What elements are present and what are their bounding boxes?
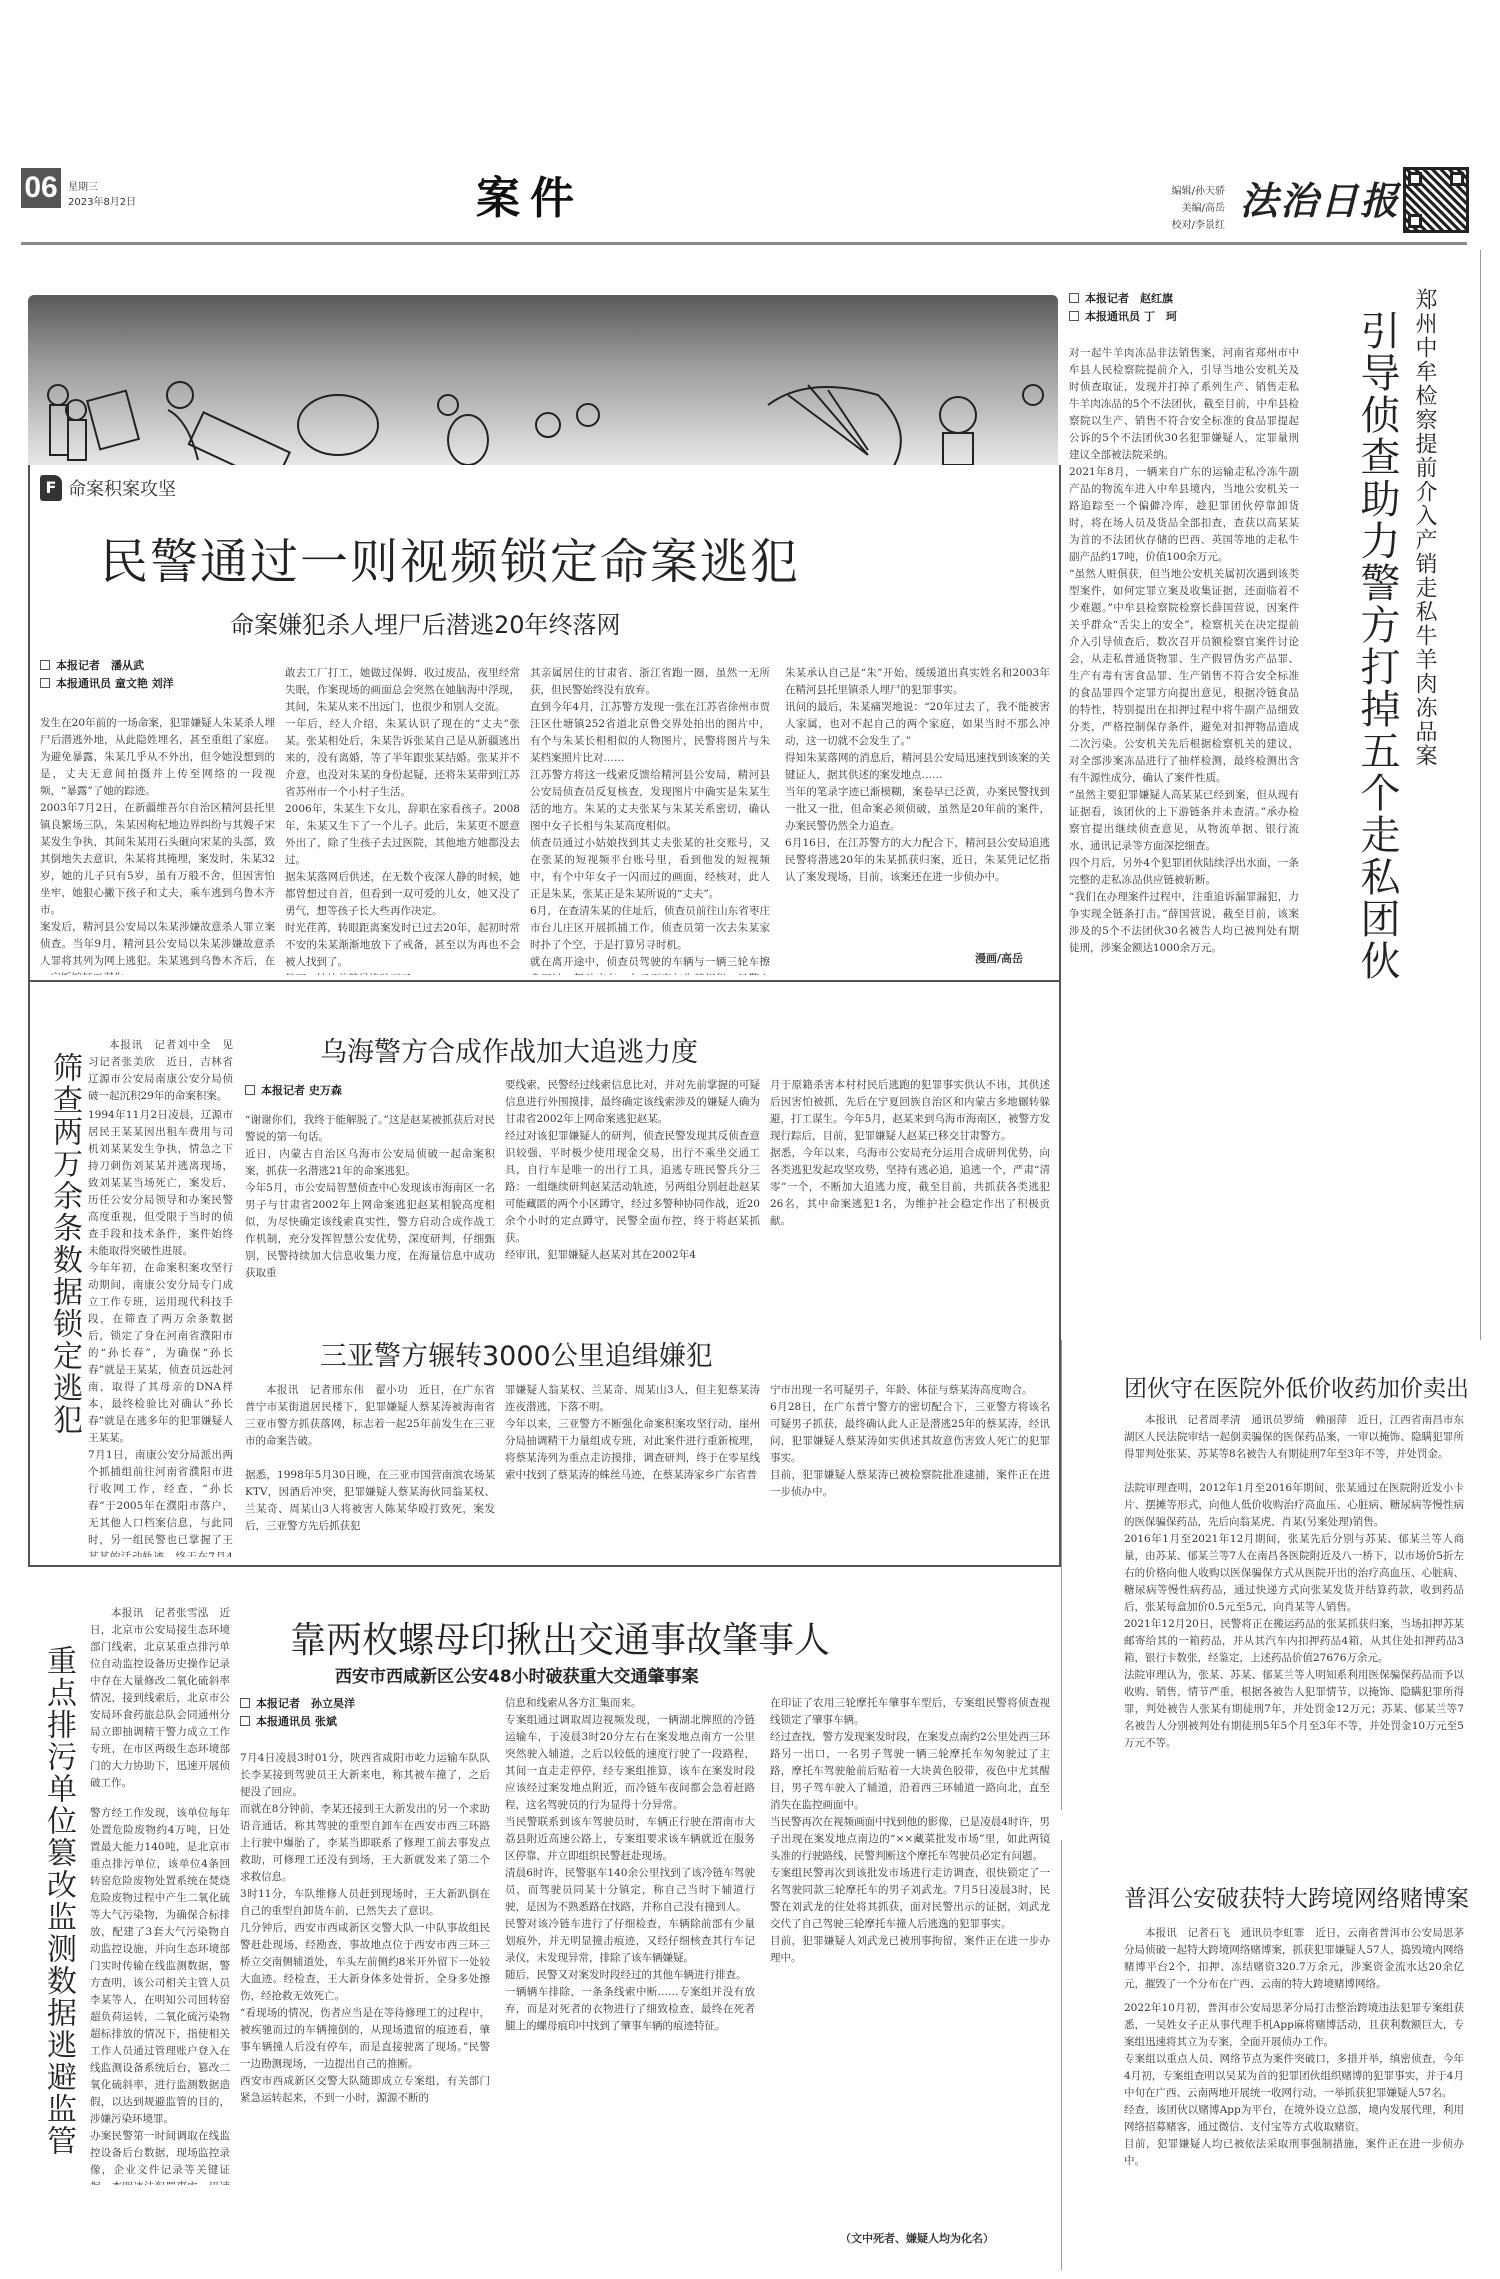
masthead-logo: 法治日报: [1240, 170, 1400, 225]
side-story-1-dateline: 本报讯 记者刘中全 见习记者张美欣 近日，吉林省辽源市公安局南康公安分局侦破一起…: [88, 1037, 233, 1105]
feature-column-2: 敢去工厂打工，她做过保姆、收过废品，夜里经常失眠，作案现场的画面总会突然在她脑海…: [285, 665, 520, 975]
xian-story: 靠两枚螺母印揪出交通事故肇事人 西安市西咸新区公安48小时破获重大交通肇事案 本…: [240, 1600, 1060, 2270]
xian-headline: 靠两枚螺母印揪出交通事故肇事人: [290, 1612, 830, 1663]
sanya-dateline: 本报讯 记者邢东伟 翟小功 近日，在广东省普宁市某街道居民楼下，犯罪嫌疑人蔡某涛…: [245, 1382, 495, 1450]
side-story-1-title: 筛查两万余条数据锁定逃犯: [42, 1052, 86, 1572]
right-story-2-dateline: 本报讯 记者周孝清 通讯员罗绮 赖丽萍 近日，江西省南昌市东湖区人民法院审结一起…: [1124, 1412, 1464, 1463]
bottom-side-story-title: 重点排污单位篡改监测数据逃避监管: [36, 1645, 80, 2245]
sanya-headline: 三亚警方辗转3000公里追缉嫌犯: [320, 1334, 713, 1373]
editor-credits: 编辑/孙天骄 美编/高岳 校对/李景红: [1155, 183, 1225, 234]
byline-correspondent: 本报通讯员 丁 珂: [1069, 308, 1177, 326]
right-story-2: 团伙守在医院外低价收药加价卖出 本报讯 记者周孝清 通讯员罗绮 赖丽萍 近日，江…: [1061, 1340, 1481, 1810]
sanya-column-3: 宁市出现一名可疑男子，年龄、体征与蔡某涛高度吻合。 6月28日，在广东普宁警方的…: [770, 1382, 1050, 1557]
header-rule: [21, 242, 1467, 245]
xian-subheadline: 西安市西咸新区公安48小时破获重大交通肇事案: [335, 1662, 699, 1687]
right-story-1-kicker: 郑州中牟检察提前介入产销走私牛羊肉冻品案: [1409, 288, 1440, 988]
feature-subheadline: 命案嫌犯杀人埋尸后潜逃20年终落网: [230, 605, 621, 640]
right-story-3-dateline: 本报讯 记者石飞 通讯员李虹霏 近日，云南省普洱市公安局思茅分局侦破一起特大跨境…: [1124, 1925, 1464, 1993]
page-number-badge: 06: [21, 168, 61, 208]
byline-correspondent: 本报通讯员 童文艳 刘洋: [40, 675, 174, 693]
wuhai-column-1: “谢谢你们，我终于能解脱了。”这是赵某被抓获后对民警说的第一句话。 近日，内蒙古…: [245, 1112, 495, 1317]
credit-editor: 编辑/孙天骄: [1155, 183, 1225, 200]
wuhai-column-3: 月于原籍杀害本村村民后逃跑的犯罪事实供认不讳，其供述后因害怕被抓，先后在宁夏回族…: [770, 1077, 1050, 1317]
xian-column-3: 在印证了农用三轮摩托车肇事车型后，专案组民警将侦查视线锁定了肇事车辆。 经过查找…: [770, 1695, 1050, 2225]
page-header: 06 星期三 2023年8月2日 案件 编辑/孙天骄 美编/高岳 校对/李景红 …: [0, 0, 1500, 210]
feature-bylines: 本报记者 潘从武 本报通讯员 童文艳 刘洋: [40, 657, 174, 693]
byline-reporter: 本报记者 潘从武: [40, 657, 174, 675]
column-tag-icon: F: [40, 475, 62, 501]
feature-headline: 民警通过一则视频锁定命案逃犯: [100, 523, 800, 592]
wuhai-column-2: 要线索，民警经过线索信息比对，并对先前掌握的可疑信息进行外围摸排，最终确定该线索…: [505, 1077, 760, 1317]
right-story-1-headline: 引导侦查助力警方打掉五个走私团伙: [1349, 310, 1406, 1110]
credit-proofreader: 校对/李景红: [1155, 217, 1225, 234]
right-story-1-body: 对一起牛羊肉冻品非法销售案，河南省郑州市中牟县人民检察院提前介入，引导当地公安机…: [1069, 345, 1299, 1335]
sanya-column-1: 据悉，1998年5月30日晚，在三亚市国营南滨农场某KTV，因酒后冲突，犯罪嫌疑…: [245, 1467, 495, 1557]
side-story-1-body: 1994年11月2日凌晨，辽源市居民王某某因出租车费用与司机刘某某发生争执，情急…: [88, 1107, 233, 1557]
xian-column-2: 信息和线索从各方汇集而来。 专案组通过调取周边视频发现，一辆湖北牌照的冷链运输车…: [505, 1695, 755, 2260]
column-tag: F 命案积案攻坚: [40, 475, 176, 501]
illustration-credit: 漫画/高岳: [975, 950, 1023, 966]
section-title: 案件: [476, 162, 584, 226]
wuhai-byline: 本报记者 史万森: [245, 1082, 342, 1100]
right-story-3: 普洱公安破获特大跨境网络赌博案 本报讯 记者石飞 通讯员李虹霏 近日，云南省普洱…: [1061, 1840, 1481, 2270]
xian-column-1: 7月4日凌晨3时01分，陕西省咸阳市屹力运输车队队长李某接到驾驶员王大新来电，称…: [240, 1750, 490, 2260]
byline-reporter: 本报记者 孙立昊洋: [240, 1695, 355, 1713]
feature-column-3: 其亲属居住的甘肃省、浙江省跑一圈，虽然一无所获，但民警始终没有放弃。 直到今年4…: [530, 665, 770, 975]
right-story-1-bylines: 本报记者 赵红旗 本报通讯员 丁 珂: [1069, 290, 1177, 326]
bottom-side-story: 重点排污单位篡改监测数据逃避监管 本报讯 记者张雪泓 近日，北京市公安局接生态环…: [28, 1600, 238, 2260]
byline-reporter: 本报记者 赵红旗: [1069, 290, 1177, 308]
bottom-side-story-dateline: 本报讯 记者张雪泓 近日，北京市公安局接生态环境部门线索，北京某重点排污单位自动…: [90, 1605, 230, 1792]
feature-column-1: 发生在20年前的一场命案，犯罪嫌疑人朱某杀人埋尸后潜逃外地，从此隐姓埋名，甚至重…: [40, 715, 275, 975]
credit-designer: 美编/高岳: [1155, 200, 1225, 217]
qr-code-icon: [1403, 167, 1469, 233]
feature-cartoon-illustration: [28, 295, 1058, 465]
column-tag-label: 命案积案攻坚: [68, 475, 176, 501]
byline-correspondent: 本报通讯员 张斌: [240, 1713, 355, 1731]
right-story-2-headline: 团伙守在医院外低价收药加价卖出: [1124, 1370, 1469, 1403]
right-story-3-headline: 普洱公安破获特大跨境网络赌博案: [1124, 1880, 1469, 1913]
middle-news-box: 筛查两万余条数据锁定逃犯 本报讯 记者刘中全 见习记者张美欣 近日，吉林省辽源市…: [28, 982, 1061, 1567]
right-story-1: 本报记者 赵红旗 本报通讯员 丁 珂 对一起牛羊肉冻品非法销售案，河南省郑州市中…: [1061, 250, 1481, 1340]
feature-article-box: F 命案积案攻坚 民警通过一则视频锁定命案逃犯 命案嫌犯杀人埋尸后潜逃20年终落…: [28, 465, 1061, 982]
bottom-side-story-body: 警方经工作发现，该单位每年处置危险废物约4万吨，日处置最大能力140吨，是北京市…: [90, 1805, 230, 2185]
right-story-3-body: 2022年10月初，普洱市公安局思茅分局打击整治跨境违法犯罪专案组获悉，一吴姓女…: [1124, 2000, 1464, 2250]
xian-bylines: 本报记者 孙立昊洋 本报通讯员 张斌: [240, 1695, 355, 1731]
right-story-2-body: 法院审理查明，2012年1月至2016年期间，张某通过在医院附近发小卡片、摆摊等…: [1124, 1480, 1464, 1835]
sanya-column-2: 罪嫌疑人翁某权、兰某奇、周某山3人，但主犯蔡某涛连夜潜逃，下落不明。 今年以来，…: [505, 1382, 760, 1557]
xian-name-note: （文中死者、嫌疑人均为化名）: [840, 2230, 994, 2246]
issue-date: 2023年8月2日: [68, 193, 136, 208]
issue-weekday: 星期三: [68, 178, 98, 193]
feature-column-4: 朱某承认自己是“朱”开始，缓缓道出真实姓名和2003年在精河县托里镇杀人埋尸的犯…: [785, 665, 1050, 945]
wuhai-headline: 乌海警方合成作战加大追逃力度: [320, 1030, 698, 1069]
